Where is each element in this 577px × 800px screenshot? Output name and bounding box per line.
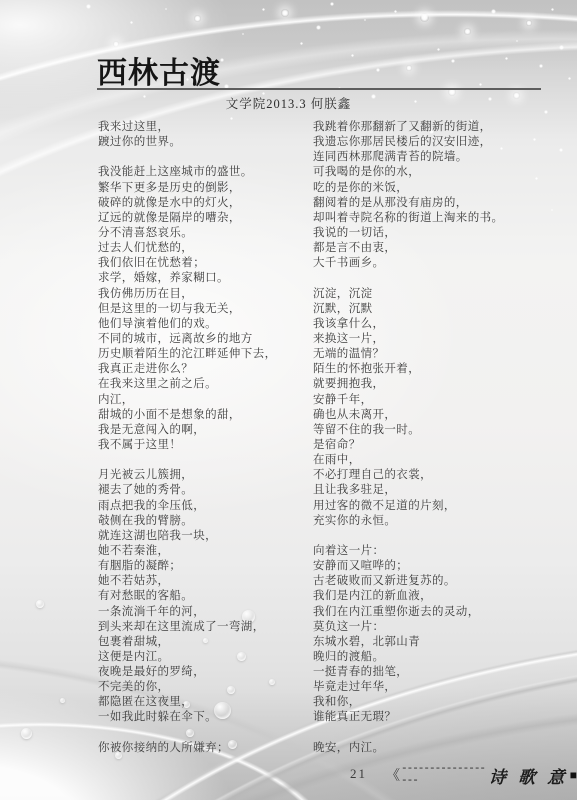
poem-line: 却叫着寺院名称的街道上淘来的书。 bbox=[313, 211, 503, 226]
sparkle-dot bbox=[86, 4, 91, 9]
poem-line: 晚安，内江。 bbox=[313, 741, 503, 756]
poem-line: 攲侧在我的臂膀。 bbox=[98, 514, 277, 529]
water-drop bbox=[21, 728, 32, 739]
guillemet-mark: 《 bbox=[386, 765, 400, 785]
poem-line: 我们在内江重塑你逝去的灵动， bbox=[313, 605, 503, 620]
poem-line: 我来过这里， bbox=[98, 120, 277, 135]
page-footer: 21 《 ------------------ 诗 歌 意 ■ bbox=[0, 762, 577, 788]
poem-line: 包裹着甜城， bbox=[98, 635, 277, 650]
poem-line bbox=[98, 453, 277, 468]
poem-line: 东城水碧，北郭山青 bbox=[313, 635, 503, 650]
sparkle-dot bbox=[479, 83, 482, 86]
sparkle-dot bbox=[551, 209, 553, 211]
poem-line: 我没能赶上这座城市的盛世。 bbox=[98, 165, 277, 180]
poem-line: 繁华下更多是历史的倒影， bbox=[98, 181, 277, 196]
poem-line: 甜城的小面不是想象的甜， bbox=[98, 408, 277, 423]
poem-line: 且让我多驻足， bbox=[313, 483, 503, 498]
poem-line: 但是这里的一切与我无关， bbox=[98, 302, 277, 317]
sparkle-dot bbox=[451, 59, 455, 63]
poem-line: 莫负这一片： bbox=[313, 620, 503, 635]
sparkle-dot bbox=[242, 33, 244, 35]
poem-column-right: 我跳着你那翻新了又翻新的街道，我遗忘你那居民楼后的汉安旧迹，连同西林那爬满青苔的… bbox=[313, 120, 503, 756]
poem-line: 不必打理自己的衣裳， bbox=[313, 468, 503, 483]
sparkle-dot bbox=[568, 77, 571, 80]
poem-line: 陌生的怀抱张开着， bbox=[313, 362, 503, 377]
poem-line: 一挺青春的拙笔， bbox=[313, 665, 503, 680]
journal-name: 诗 歌 意 bbox=[488, 763, 569, 788]
poem-line: 向着这一片： bbox=[313, 544, 503, 559]
poem-line: 我是无意闯入的啊， bbox=[98, 423, 277, 438]
poem-line: 她不若秦淮， bbox=[98, 544, 277, 559]
poem-line: 我跳着你那翻新了又翻新的街道， bbox=[313, 120, 503, 135]
water-drop bbox=[36, 600, 44, 608]
poem-line: 都是言不由衷， bbox=[313, 241, 503, 256]
poem-line bbox=[98, 150, 277, 165]
poem-line: 内江， bbox=[98, 393, 277, 408]
poem-line: 到头来却在这里流成了一弯湖， bbox=[98, 620, 277, 635]
poem-line: 吃的是你的米饭， bbox=[313, 181, 503, 196]
poem-line: 你被你接纳的人所嫌弃； bbox=[98, 741, 277, 756]
poem-line: 我说的一切话， bbox=[313, 226, 503, 241]
poem-line: 我不属于这里！ bbox=[98, 438, 277, 453]
footer-dash-line: ------------------ bbox=[401, 763, 487, 787]
sparkle-dot bbox=[491, 9, 496, 14]
poem-line: 有对愁眠的客船。 bbox=[98, 589, 277, 604]
poem-line: 沉默，沉默 bbox=[313, 302, 503, 317]
poem-line: 一条流淌千年的河， bbox=[98, 605, 277, 620]
poem-line: 夜晚是最好的罗绮， bbox=[98, 665, 277, 680]
sparkle-dot bbox=[316, 25, 321, 30]
title-underline bbox=[97, 88, 541, 90]
poem-line: 是宿命？ bbox=[313, 438, 503, 453]
sparkle-dot bbox=[165, 8, 167, 10]
poem-line: 来换这一片， bbox=[313, 332, 503, 347]
poem-line: 可我喝的是你的水， bbox=[313, 165, 503, 180]
poem-title: 西林古渡 bbox=[97, 48, 221, 92]
sparkle-dot bbox=[394, 10, 397, 13]
poem-line: 毕竟走过年华， bbox=[313, 680, 503, 695]
poem-column-left: 我来过这里，踱过你的世界。 我没能赶上这座城市的盛世。繁华下更多是历史的倒影，破… bbox=[98, 120, 277, 756]
poem-line: 充实你的永恒。 bbox=[313, 514, 503, 529]
author-byline: 文学院2013.3 何朕鑫 bbox=[0, 94, 577, 112]
sparkle-dot bbox=[113, 41, 119, 47]
sparkle-dot bbox=[533, 138, 536, 141]
page-number: 21 bbox=[350, 766, 367, 782]
poem-line: 用过客的微不足道的片刻， bbox=[313, 499, 503, 514]
sparkle-dot bbox=[526, 20, 532, 26]
poem-line: 雨点把我的伞压低， bbox=[98, 499, 277, 514]
poem-line: 翻阅着的是从那没有庙房的， bbox=[313, 196, 503, 211]
poem-line: 就要拥抱我， bbox=[313, 377, 503, 392]
poem-line: 我仿佛历历在目， bbox=[98, 287, 277, 302]
sparkle-dot bbox=[351, 54, 354, 57]
poem-line: 在我来这里之前之后。 bbox=[98, 377, 277, 392]
sparkle-dot bbox=[516, 40, 518, 42]
poem-line: 安静而又喧哗的； bbox=[313, 559, 503, 574]
poem-line: 都隐匿在这夜里， bbox=[98, 695, 277, 710]
poem-line: 分不清喜怒哀乐。 bbox=[98, 226, 277, 241]
poem-line: 有胭脂的凝醉； bbox=[98, 559, 277, 574]
poem-line: 我遗忘你那居民楼后的汉安旧迹， bbox=[313, 135, 503, 150]
poem-line: 我和你， bbox=[313, 695, 503, 710]
sparkle-dot bbox=[505, 57, 508, 60]
sparkle-dot bbox=[130, 21, 133, 24]
sparkle-dot bbox=[376, 68, 380, 72]
sparkle-dot bbox=[300, 42, 303, 45]
poem-line: 大千书画乡。 bbox=[313, 256, 503, 271]
poem-line: 在雨中， bbox=[313, 453, 503, 468]
sparkle-dot bbox=[281, 9, 289, 17]
poem-line: 他们导演着他们的戏。 bbox=[98, 317, 277, 332]
poem-line: 我该拿什么， bbox=[313, 317, 503, 332]
sparkle-dot bbox=[262, 8, 265, 11]
sparkle-dot bbox=[437, 48, 440, 51]
poem-line: 求学，婚嫁，养家糊口。 bbox=[98, 271, 277, 286]
poem-line: 踱过你的世界。 bbox=[98, 135, 277, 150]
poem-line: 不完美的你， bbox=[98, 680, 277, 695]
poem-line: 月光被云儿簇拥， bbox=[98, 468, 277, 483]
poem-line: 一如我此时躲在伞下。 bbox=[98, 710, 277, 725]
poem-line: 我们依旧在忧愁着； bbox=[98, 256, 277, 271]
sparkle-dot bbox=[364, 19, 366, 21]
poem-line: 古老破败而又新进复苏的。 bbox=[313, 574, 503, 589]
poem-line bbox=[313, 726, 503, 741]
poem-line: 不同的城市，远离故乡的地方 bbox=[98, 332, 277, 347]
sparkle-dot bbox=[420, 13, 429, 22]
poem-line: 我真正走进你么？ bbox=[98, 362, 277, 377]
sparkle-dot bbox=[559, 45, 564, 50]
footer-journal-row: 《 ------------------ 诗 歌 意 ■ bbox=[386, 762, 577, 788]
sparkle-dot bbox=[535, 177, 538, 180]
poem-line bbox=[313, 271, 503, 286]
water-drop bbox=[60, 698, 65, 703]
magazine-page: 西林古渡 文学院2013.3 何朕鑫 我来过这里，踱过你的世界。 我没能赶上这座… bbox=[0, 0, 577, 800]
poem-line bbox=[313, 529, 503, 544]
sparkle-dot bbox=[551, 8, 554, 11]
poem-line: 确也从未离开， bbox=[313, 408, 503, 423]
poem-line bbox=[98, 726, 277, 741]
poem-line: 这便是内江。 bbox=[98, 650, 277, 665]
sparkle-dot bbox=[464, 28, 471, 35]
poem-line: 历史顺着陌生的沱江畔延伸下去， bbox=[98, 347, 277, 362]
sparkle-dot bbox=[330, 2, 334, 6]
poem-line: 辽远的就像是隔岸的嘈杂， bbox=[98, 211, 277, 226]
poem-line: 无端的温情？ bbox=[313, 347, 503, 362]
sparkle-dot bbox=[406, 65, 412, 71]
footer-end-square-icon: ■ bbox=[570, 768, 577, 783]
poem-line: 过去人们忧愁的， bbox=[98, 241, 277, 256]
poem-line: 等留不住的我一时。 bbox=[313, 423, 503, 438]
poem-line: 褪去了她的秀骨。 bbox=[98, 483, 277, 498]
poem-line: 沉淀，沉淀 bbox=[313, 287, 503, 302]
poem-line: 谁能真正无瑕？ bbox=[313, 710, 503, 725]
poem-line: 破碎的就像是水中的灯火， bbox=[98, 196, 277, 211]
poem-line: 她不若姑苏， bbox=[98, 574, 277, 589]
sparkle-dot bbox=[559, 148, 563, 152]
poem-line: 我们是内江的新血液， bbox=[313, 589, 503, 604]
poem-line: 安静千年， bbox=[313, 393, 503, 408]
poem-line: 连同西林那爬满青苔的院墙。 bbox=[313, 150, 503, 165]
poem-line: 晚归的渡船。 bbox=[313, 650, 503, 665]
sparkle-dot bbox=[194, 15, 201, 22]
sparkle-dot bbox=[539, 64, 543, 68]
poem-line: 就连这湖也陪我一块， bbox=[98, 529, 277, 544]
